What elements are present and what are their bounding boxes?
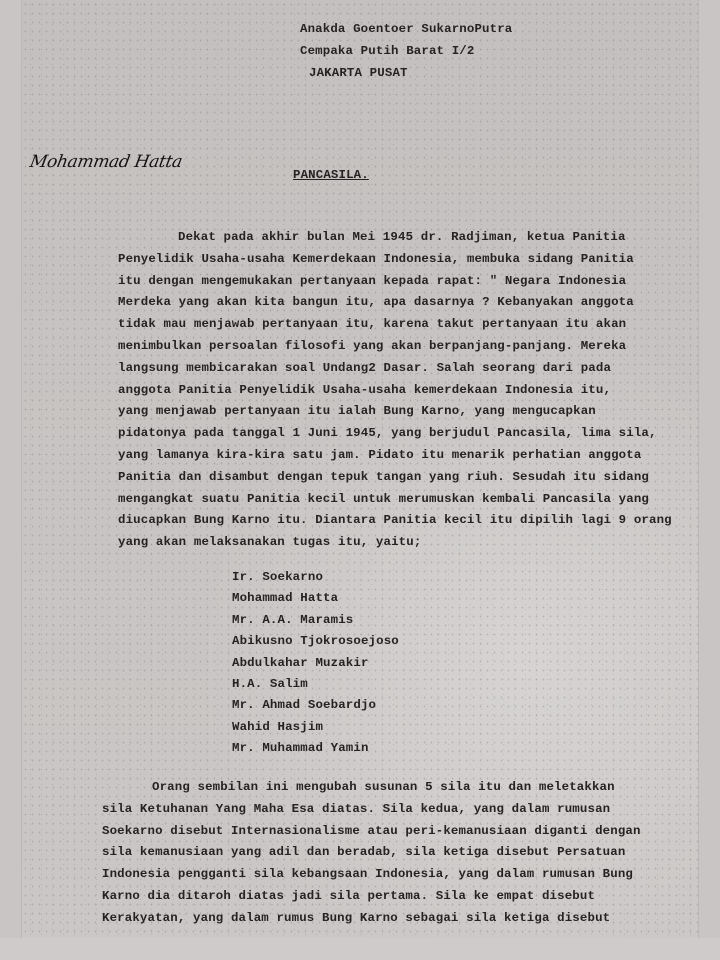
text-line: yang lamanya kira-kira satu jam. Pidato … xyxy=(118,448,641,462)
member-name: H.A. Salim xyxy=(232,677,308,691)
text-line: itu dengan mengemukakan pertanyaan kepad… xyxy=(118,274,626,288)
member-name: Abdulkahar Muzakir xyxy=(232,656,369,670)
text-line: Indonesia pengganti sila kebangsaan Indo… xyxy=(102,867,633,881)
text-line: yang akan melaksanakan tugas itu, yaitu; xyxy=(118,535,421,549)
text-line: Dekat pada akhir bulan Mei 1945 dr. Radj… xyxy=(178,230,626,244)
member-name: Mohammad Hatta xyxy=(232,591,338,605)
text-line: pidatonya pada tanggal 1 Juni 1945, yang… xyxy=(118,426,657,440)
address-line: Cempaka Putih Barat I/2 xyxy=(300,44,474,58)
text-line: menimbulkan persoalan filosofi yang akan… xyxy=(118,339,626,353)
text-line: diucapkan Bung Karno itu. Diantara Panit… xyxy=(118,513,672,527)
text-line: Orang sembilan ini mengubah susunan 5 si… xyxy=(152,780,615,794)
text-line: langsung membicarakan soal Undang2 Dasar… xyxy=(118,361,611,375)
address-line: Anakda Goentoer SukarnoPutra xyxy=(300,22,512,36)
text-line: sila kemanusiaan yang adil dan beradab, … xyxy=(102,845,625,859)
text-line: sila Ketuhanan Yang Maha Esa diatas. Sil… xyxy=(102,802,610,816)
text-line: Panitia dan disambut dengan tepuk tangan… xyxy=(118,470,649,484)
member-name: Wahid Hasjim xyxy=(232,720,323,734)
member-name: Mr. Muhammad Yamin xyxy=(232,741,369,755)
member-name: Mr. Ahmad Soebardjo xyxy=(232,698,376,712)
text-line: Merdeka yang akan kita bangun itu, apa d… xyxy=(118,295,634,309)
text-line: mengangkat suatu Panitia kecil untuk mer… xyxy=(118,492,649,506)
handwritten-signature: Mohammad Hatta xyxy=(28,152,183,172)
text-line: Penyelidik Usaha-usaha Kemerdekaan Indon… xyxy=(118,252,634,266)
text-line: Soekarno disebut Internasionalisme atau … xyxy=(102,824,641,838)
member-name: Mr. A.A. Maramis xyxy=(232,613,353,627)
table-surface xyxy=(0,938,720,960)
text-line: Karno dia ditaroh diatas jadi sila perta… xyxy=(102,889,595,903)
document-title: PANCASILA. xyxy=(293,168,369,182)
text-line: tidak mau menjawab pertanyaan itu, karen… xyxy=(118,317,626,331)
member-name: Ir. Soekarno xyxy=(232,570,323,584)
text-line: yang menjawab pertanyaan itu ialah Bung … xyxy=(118,404,596,418)
text-line: Kerakyatan, yang dalam rumus Bung Karno … xyxy=(102,911,610,925)
member-name: Abikusno Tjokrosoejoso xyxy=(232,634,399,648)
text-line: anggota Panitia Penyelidik Usaha-usaha k… xyxy=(118,383,611,397)
address-line: JAKARTA PUSAT xyxy=(309,66,408,80)
